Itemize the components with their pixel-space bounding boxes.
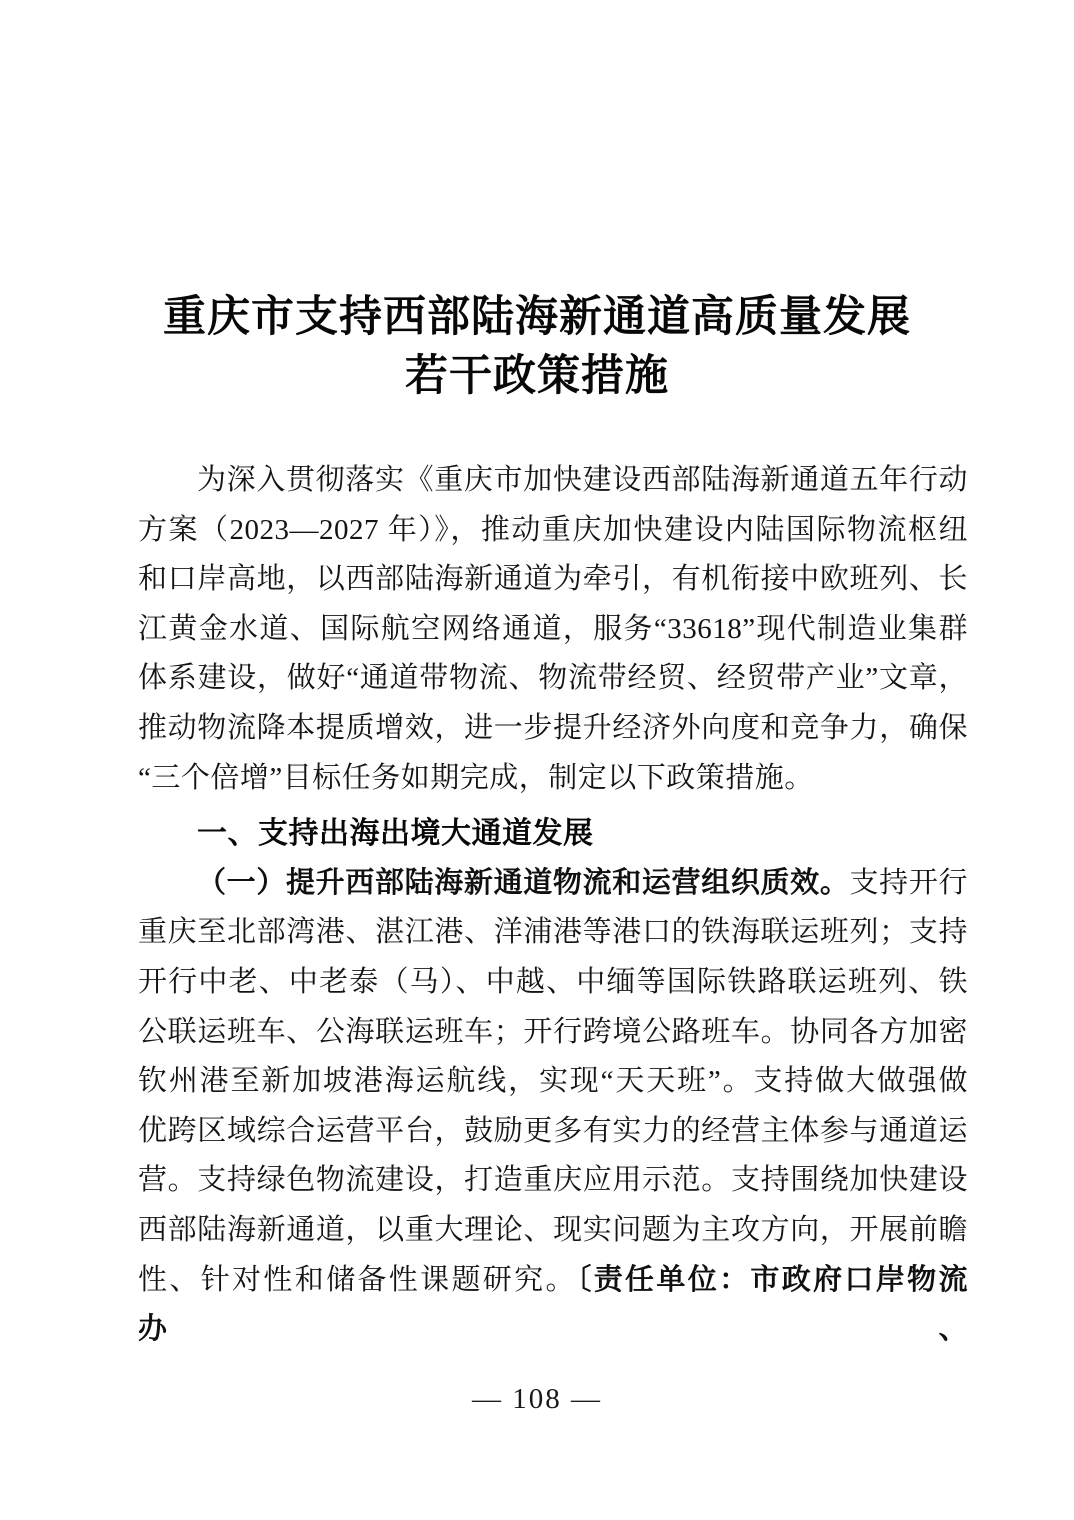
clause-1-subheading: （一）提升西部陆海新通道物流和运营组织质效。 — [197, 867, 850, 899]
document-body: 为深入贯彻落实《重庆市加快建设西部陆海新通道五年行动 方案（2023—2027 … — [138, 456, 968, 1305]
paragraph-2-line: 公联运班车、公海联运班车；开行跨境公路班车。协同各方加密 — [138, 1008, 968, 1058]
document-title-line-1: 重庆市支持西部陆海新通道高质量发展 — [0, 288, 1074, 347]
paragraph-2-line: 性、针对性和储备性课题研究。〔责任单位：市政府口岸物流办、 — [138, 1256, 968, 1306]
section-1-heading: 一、支持出海出境大通道发展 — [138, 809, 968, 859]
paragraph-2-line: 钦州港至新加坡港海运航线，实现“天天班”。支持做大做强做 — [138, 1057, 968, 1107]
document-title: 重庆市支持西部陆海新通道高质量发展 若干政策措施 — [0, 288, 1074, 406]
document-page: 重庆市支持西部陆海新通道高质量发展 若干政策措施 为深入贯彻落实《重庆市加快建设… — [0, 0, 1074, 1520]
paragraph-1-line: 方案（2023—2027 年）》，推动重庆加快建设内陆国际物流枢纽 — [138, 506, 968, 556]
paragraph-2-text: 性、针对性和储备性课题研究。 — [138, 1264, 577, 1296]
document-title-line-2: 若干政策措施 — [0, 347, 1074, 406]
paragraph-1-line: 推动物流降本提质增效，进一步提升经济外向度和竞争力，确保 — [138, 704, 968, 754]
paragraph-2-line: （一）提升西部陆海新通道物流和运营组织质效。支持开行 — [138, 859, 968, 909]
paragraph-2-line: 开行中老、中老泰（马）、中越、中缅等国际铁路联运班列、铁 — [138, 958, 968, 1008]
paragraph-1-line: “三个倍增”目标任务如期完成，制定以下政策措施。 — [138, 754, 968, 804]
paragraph-2-line: 重庆至北部湾港、湛江港、洋浦港等港口的铁海联运班列；支持 — [138, 908, 968, 958]
paragraph-2-line: 优跨区域综合运营平台，鼓励更多有实力的经营主体参与通道运 — [138, 1107, 968, 1157]
page-number: — 108 — — [0, 1383, 1074, 1416]
paragraph-2-line: 西部陆海新通道，以重大理论、现实问题为主攻方向，开展前瞻 — [138, 1206, 968, 1256]
paragraph-1-line: 和口岸高地，以西部陆海新通道为牵引，有机衔接中欧班列、长 — [138, 555, 968, 605]
paragraph-2-line: 营。支持绿色物流建设，打造重庆应用示范。支持围绕加快建设 — [138, 1156, 968, 1206]
paragraph-2-text: 支持开行 — [850, 867, 968, 899]
paragraph-1-line: 为深入贯彻落实《重庆市加快建设西部陆海新通道五年行动 — [138, 456, 968, 506]
paragraph-1-line: 江黄金水道、国际航空网络通道，服务“33618”现代制造业集群 — [138, 605, 968, 655]
paragraph-1-line: 体系建设，做好“通道带物流、物流带经贸、经贸带产业”文章， — [138, 654, 968, 704]
